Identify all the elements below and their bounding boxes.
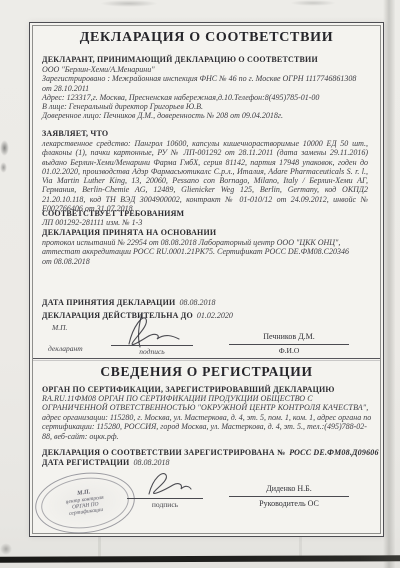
- basis-heading: ДЕКЛАРАЦИЯ ПРИНЯТА НА ОСНОВАНИИ: [42, 228, 216, 237]
- declarant-director: В лице: Генеральный директор Григорьев Ю…: [42, 102, 364, 111]
- scan-smudge: [100, 0, 158, 7]
- signature-label-2: подпись: [127, 500, 203, 509]
- declarant-heading: ДЕКЛАРАНТ, ПРИНИМАЮЩИЙ ДЕКЛАРАЦИЮ О СООТ…: [42, 55, 318, 64]
- section-divider-shadow: [33, 360, 380, 361]
- registration-number-value: РОСС DE.ФМ08.Д09606: [289, 448, 378, 457]
- section-divider: [33, 358, 380, 359]
- registration-date-value: 08.08.2018: [133, 458, 169, 467]
- document-inner-frame: ДЕКЛАРАЦИЯ О СООТВЕТСТВИИ ДЕКЛАРАНТ, ПРИ…: [32, 25, 381, 534]
- basis-text: протокол испытаний № 22954 от 08.08.2018…: [42, 238, 358, 266]
- declarant-registration: Зарегистрировано : Межрайонная инспекция…: [42, 74, 364, 93]
- name-line-2: [229, 496, 349, 497]
- requirements-value: ЛП 001292-281111 изм. № 1-3: [42, 218, 142, 227]
- scan-bottom-bar: [0, 555, 400, 562]
- scanned-page: ДЕКЛАРАЦИЯ О СООТВЕТСТВИИ ДЕКЛАРАНТ, ПРИ…: [0, 0, 400, 568]
- mp-label: М.П.: [52, 323, 67, 332]
- signature-line-1: [111, 345, 193, 346]
- signature-line-2: [127, 498, 203, 499]
- signatory-name-1: Печников Д.М.: [229, 332, 349, 341]
- requirements-heading: СООТВЕТСТВУЕТ ТРЕБОВАНИЯМ: [42, 209, 184, 218]
- registration-date-label: ДАТА РЕГИСТРАЦИИ: [42, 458, 129, 467]
- scan-smudge: [290, 0, 336, 6]
- declaration-document: ДЕКЛАРАЦИЯ О СООТВЕТСТВИИ ДЕКЛАРАНТ, ПРИ…: [29, 22, 384, 537]
- registration-title: СВЕДЕНИЯ О РЕГИСТРАЦИИ: [33, 364, 380, 380]
- declarant-proxy: Доверенное лицо: Печников Д.М., доверенн…: [42, 111, 364, 120]
- name-line-1: [229, 344, 349, 345]
- fio-label: Ф.И.О: [229, 346, 349, 355]
- declarant-role-label: декларант: [48, 344, 83, 353]
- authority-address: адрес организации: 115280, г. Москва, ул…: [42, 413, 372, 441]
- scan-smudge: [0, 543, 12, 555]
- declarant-address: Адрес: 123317,г. Москва, Пресненская наб…: [42, 93, 364, 102]
- document-title: ДЕКЛАРАЦИЯ О СООТВЕТСТВИИ: [33, 30, 380, 46]
- head-signature: [141, 468, 193, 498]
- authority-name: RA.RU.11ФМ08 ОРГАН ПО СЕРТИФИКАЦИИ ПРОДУ…: [42, 394, 370, 413]
- authority-heading: ОРГАН ПО СЕРТИФИКАЦИИ, ЗАРЕГИСТРИРОВАВШИ…: [42, 385, 335, 394]
- signatory-name-2: Диденко Н.Б.: [229, 484, 349, 493]
- certification-stamp-inner: М.П. центр контроля ОРГАН ПО сертификаци…: [38, 473, 131, 533]
- validity-value: 01.02.2020: [197, 311, 233, 320]
- scan-smudge: [0, 162, 7, 173]
- product-description: лекарственное средство: Пангрол 10600, к…: [42, 139, 368, 213]
- declarant-info: ООО "Берлин-Хеми/А.Менарини" Зарегистрир…: [42, 65, 364, 121]
- declarant-signature: [115, 312, 187, 348]
- scan-smudge: [0, 140, 9, 156]
- signature-label-1: подпись: [111, 347, 193, 356]
- certification-stamp: М.П. центр контроля ОРГАН ПО сертификаци…: [32, 467, 139, 539]
- declares-heading: ЗАЯВЛЯЕТ, ЧТО: [42, 129, 108, 138]
- scan-edge-streak: [383, 0, 395, 568]
- head-role: Руководитель ОС: [229, 499, 349, 508]
- declarant-company: ООО "Берлин-Хеми/А.Менарини": [42, 65, 364, 74]
